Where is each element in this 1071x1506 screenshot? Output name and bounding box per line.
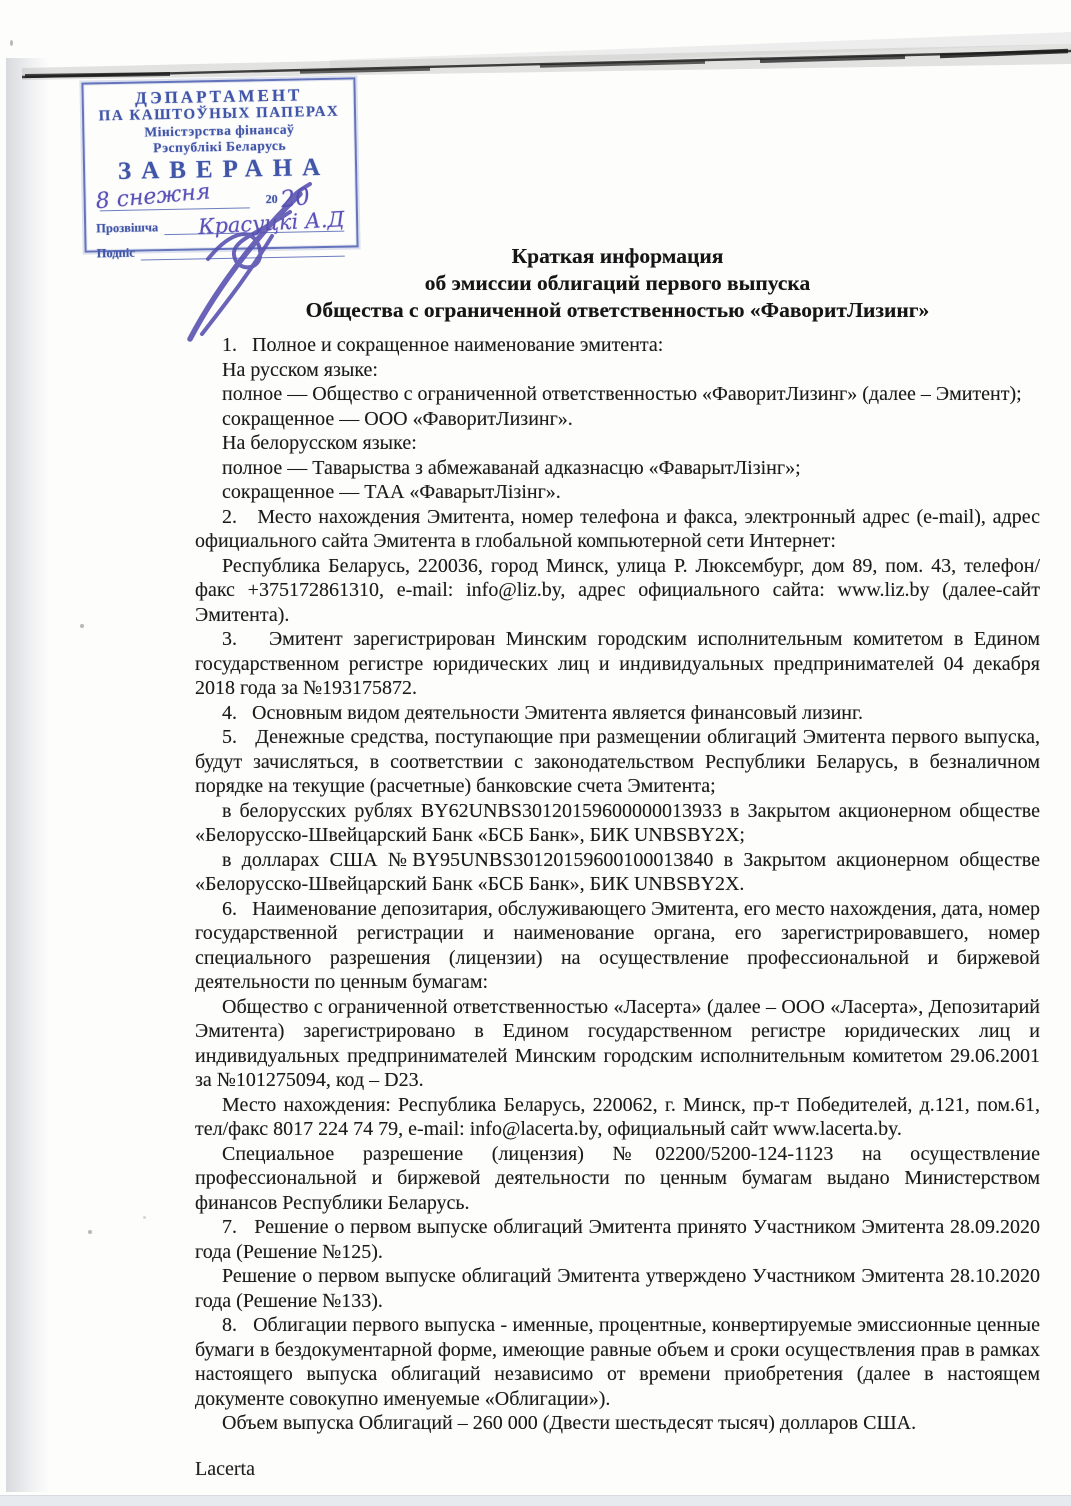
paragraph: в долларах США №BY95UNBS3012015960010001… <box>195 848 1040 897</box>
title-line-2: об эмиссии облигаций первого выпуска <box>195 270 1040 297</box>
document-title: Краткая информация об эмиссии облигаций … <box>195 243 1040 324</box>
paragraph: На белорусском языке: <box>195 431 1040 456</box>
paragraph: 8. Облигации первого выпуска - именные, … <box>195 1313 1040 1411</box>
paragraph: 3. Эмитент зарегистрирован Минским город… <box>195 627 1040 701</box>
paragraph: Объем выпуска Облигаций – 260 000 (Двест… <box>195 1411 1040 1436</box>
footer-watermark: Lacerta <box>195 1458 255 1481</box>
title-line-1: Краткая информация <box>195 243 1040 270</box>
paragraph: 4. Основным видом деятельности Эмитента … <box>195 701 1040 726</box>
scanned-document-page: ДЭПАРТАМЕНТ ПА КАШТОЎНЫХ ПАПЕРАХ Міністэ… <box>0 0 1071 1506</box>
paragraph: Место нахождения: Республика Беларусь, 2… <box>195 1093 1040 1142</box>
paragraph: Решение о первом выпуске облигаций Эмите… <box>195 1264 1040 1313</box>
paragraph: 6. Наименование депозитария, обслуживающ… <box>195 897 1040 995</box>
scan-speck <box>88 1230 92 1234</box>
paragraph: сокращенное — ТАА «ФаварытЛізінг». <box>195 480 1040 505</box>
paragraph: 2. Место нахождения Эмитента, номер теле… <box>195 505 1040 554</box>
paragraph: полное — Общество с ограниченной ответст… <box>195 382 1040 407</box>
title-line-3: Общества с ограниченной ответственностью… <box>195 297 1040 324</box>
paragraph: 7. Решение о первом выпуске облигаций Эм… <box>195 1215 1040 1264</box>
paragraph: 5. Денежные средства, поступающие при ра… <box>195 725 1040 799</box>
paragraph: Общество с ограниченной ответственностью… <box>195 995 1040 1093</box>
scan-artifact-bottom-band <box>0 1495 1071 1506</box>
paragraph: в белорусских рублях BY62UNBS30120159600… <box>195 799 1040 848</box>
document-body: 1. Полное и сокращенное наименование эми… <box>195 333 1040 1436</box>
stamp-signature-label: Подпіс <box>97 246 135 262</box>
paragraph: сокращенное — ООО «ФаворитЛизинг». <box>195 407 1040 432</box>
paragraph: 1. Полное и сокращенное наименование эми… <box>195 333 1040 358</box>
paragraph: полное — Таварыства з абмежаванай адказн… <box>195 456 1040 481</box>
paragraph: На русском языке: <box>195 358 1040 383</box>
scan-shadow-left <box>6 58 50 1492</box>
scan-speck <box>143 1216 146 1219</box>
paragraph: Республика Беларусь, 220036, город Минск… <box>195 554 1040 628</box>
scan-speck <box>80 624 84 628</box>
stamp-verified-word: ЗАВЕРАНА <box>85 153 355 185</box>
paragraph: Специальное разрешение (лицензия) №02200… <box>195 1142 1040 1216</box>
scan-speck <box>10 40 13 46</box>
